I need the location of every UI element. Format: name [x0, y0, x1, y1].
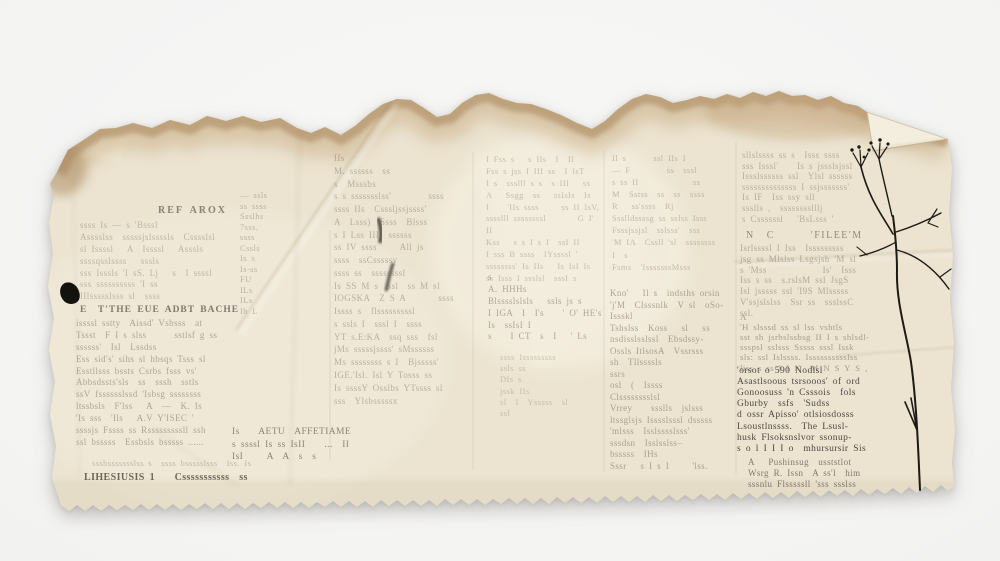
left-tip-stain — [38, 140, 86, 196]
col5-paragraph: Kno' Il s indsths orsin 'j'M Clsssnlk V … — [610, 288, 736, 472]
col4-subblock: s A. HHHs Blsssslslsls ssls js s I IGA I… — [488, 272, 604, 343]
photo-backdrop: REF AROX ssss Is — s 'Bsssl Asssslss sss… — [0, 0, 1000, 561]
col6-paragraph-1: sllslssss ss s Isss ssss sss Isssl' Is s… — [742, 150, 876, 224]
col1-footer: LIHESIUSIS 1 Csssssssssss ss — [84, 471, 314, 484]
col4-paragraph: I Fss s s IIs I Il Fss s jss I III ss I … — [486, 154, 602, 285]
col1-heading: REF AROX — [158, 204, 227, 217]
col5-top: Il s ssl IIs I — F ss sssl s ss II ss M … — [612, 152, 732, 273]
col6-paragraph-2: Isrlssssl I Iss Isssssssss jsg ss Mlslss… — [740, 243, 880, 319]
col1-paragraph-1: ssss Is — s 'Bsssl Asssslss sssssjslssss… — [80, 220, 234, 303]
col6-heading: N C 'FILEE'M — [746, 229, 876, 242]
col6-footer: A Pushinsug usststlot Wsrg R. Issn A ss'… — [748, 457, 898, 489]
col2-list: — ssls ss ssss Ssslhs 7sss. ssss Cssls I… — [240, 190, 302, 316]
col4-lower: ssss Isssssssss ssls ss DIs s jssk IIs s… — [500, 352, 600, 419]
col3-paragraph: IIs M. ssssss ss s Msssbs s s ssssssslss… — [334, 152, 480, 407]
col1-subhead: E T'THE EUE ADBT BACHE — [80, 304, 250, 317]
col1-paragraph-2: issssl sstty Aissd' Vsbsss at Tssst F I … — [76, 318, 234, 449]
col3-footer: Is AETU AFFETIAME s ssssl Is ss IsII ...… — [232, 426, 362, 464]
col6-dark-notice: 'orsot o 590 Nodlsl Asastlsoous tsrsooos… — [737, 366, 891, 455]
col6-paragraph-3: A 'H slsssd ss sl lss vshtls sst sh jsrb… — [740, 312, 884, 373]
